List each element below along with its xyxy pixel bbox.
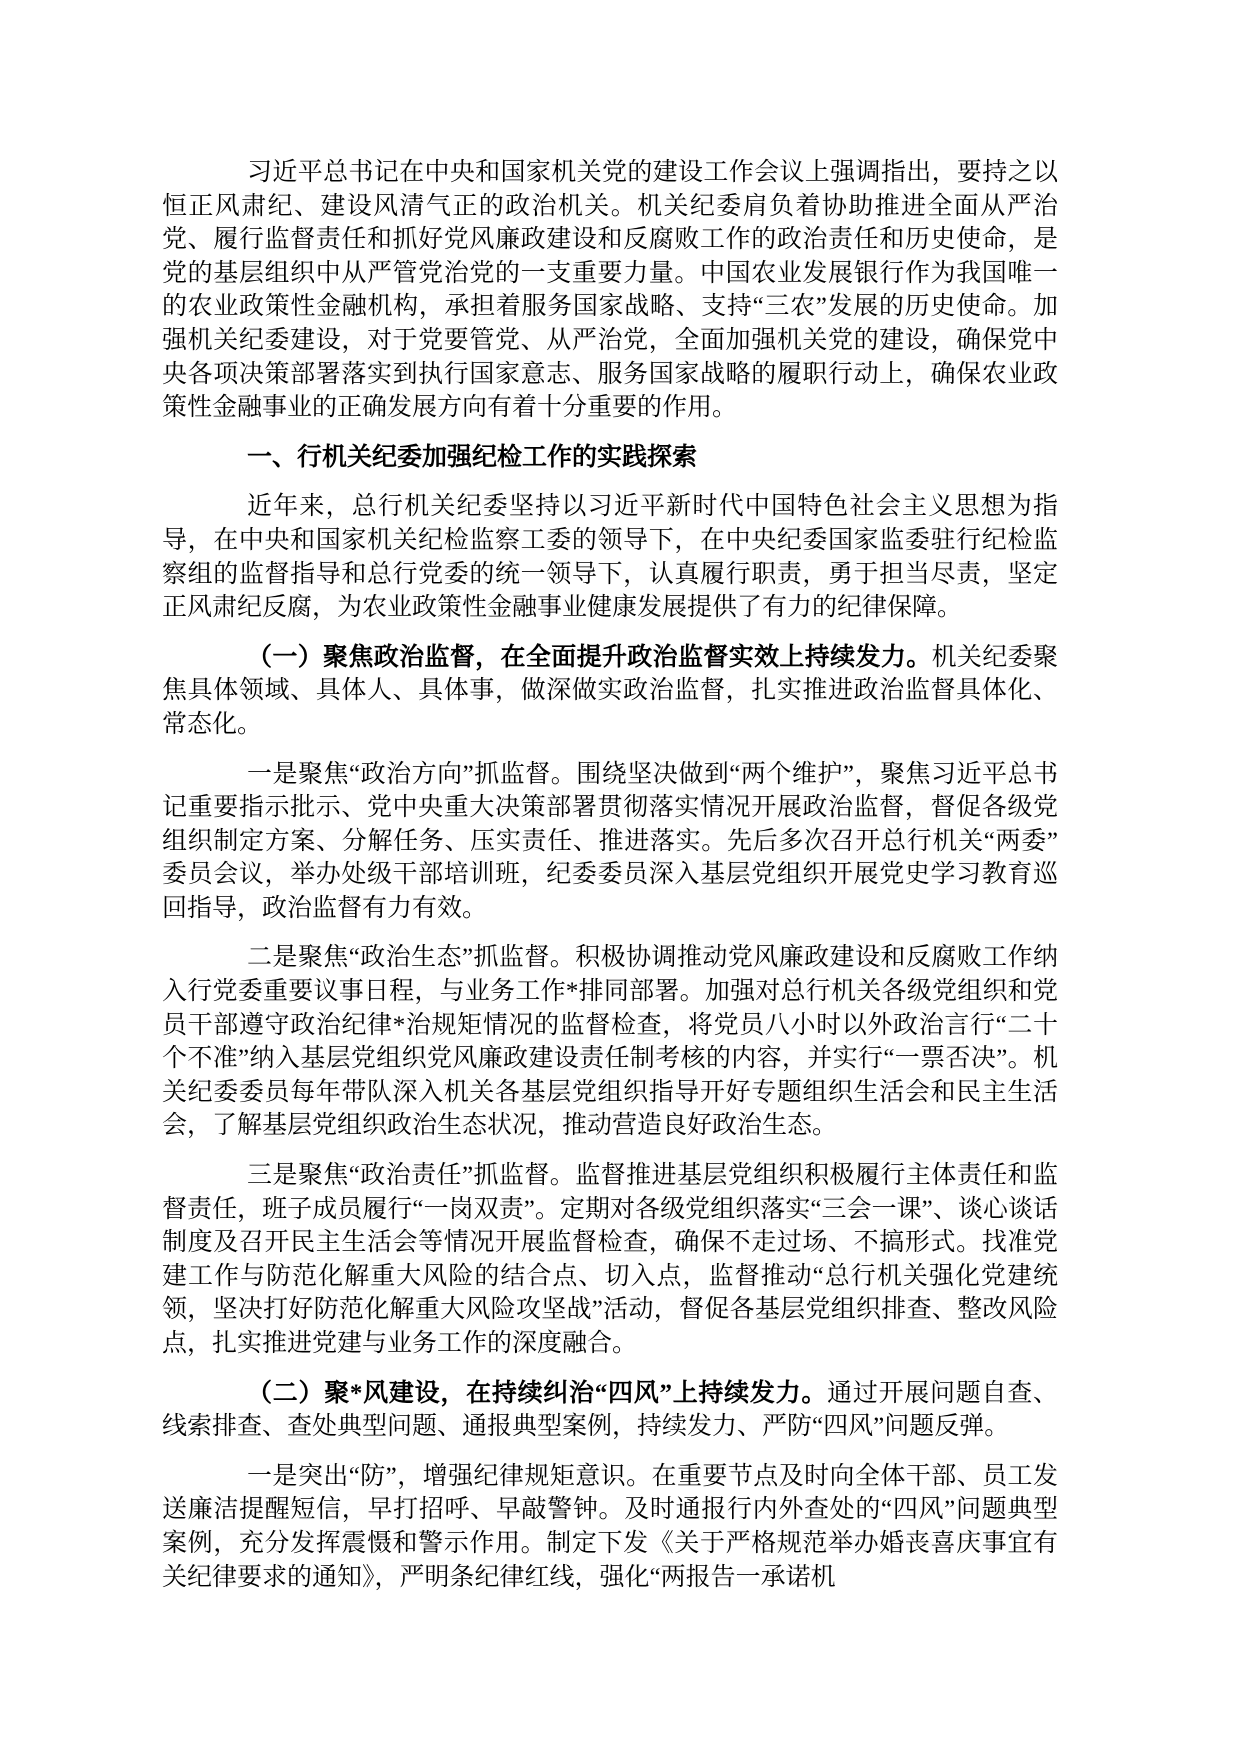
paragraph: （一）聚焦政治监督，在全面提升政治监督实效上持续发力。机关纪委聚焦具体领域、具体… <box>162 641 1058 742</box>
text-run: 三是聚焦“政治责任”抓监督。监督推进基层党组织积极履行主体责任和监督责任，班子成… <box>162 1162 1058 1357</box>
paragraph: 习近平总书记在中央和国家机关党的建设工作会议上强调指出，要持之以恒正风肃纪、建设… <box>162 156 1058 425</box>
text-run: 一是突出“防”，增强纪律规矩意识。在重要节点及时向全体干部、员工发送廉洁提醒短信… <box>162 1463 1058 1591</box>
text-run: 二是聚焦“政治生态”抓监督。积极协调推动党风廉政建设和反腐败工作纳入行党委重要议… <box>162 944 1058 1139</box>
document-page: 习近平总书记在中央和国家机关党的建设工作会议上强调指出，要持之以恒正风肃纪、建设… <box>0 0 1240 1754</box>
text-run: 近年来，总行机关纪委坚持以习近平新时代中国特色社会主义思想为指导，在中央和国家机… <box>162 493 1058 621</box>
section-heading: 一、行机关纪委加强纪检工作的实践探索 <box>162 441 1058 475</box>
paragraph: 近年来，总行机关纪委坚持以习近平新时代中国特色社会主义思想为指导，在中央和国家机… <box>162 490 1058 624</box>
paragraph: 一是突出“防”，增强纪律规矩意识。在重要节点及时向全体干部、员工发送廉洁提醒短信… <box>162 1460 1058 1594</box>
paragraph: 二是聚焦“政治生态”抓监督。积极协调推动党风廉政建设和反腐败工作纳入行党委重要议… <box>162 941 1058 1143</box>
paragraph: （二）聚*风建设，在持续纠治“四风”上持续发力。通过开展问题自查、线索排查、查处… <box>162 1377 1058 1444</box>
text-run: 习近平总书记在中央和国家机关党的建设工作会议上强调指出，要持之以恒正风肃纪、建设… <box>162 159 1058 421</box>
bold-text-run: （二）聚*风建设，在持续纠治“四风”上持续发力。 <box>247 1380 827 1407</box>
paragraph: 一是聚焦“政治方向”抓监督。围绕坚决做到“两个维护”，聚焦习近平总书记重要指示批… <box>162 758 1058 926</box>
text-run: 一是聚焦“政治方向”抓监督。围绕坚决做到“两个维护”，聚焦习近平总书记重要指示批… <box>162 761 1058 922</box>
paragraph: 三是聚焦“政治责任”抓监督。监督推进基层党组织积极履行主体责任和监督责任，班子成… <box>162 1159 1058 1361</box>
bold-text-run: 一、行机关纪委加强纪检工作的实践探索 <box>247 444 697 471</box>
document-body: 习近平总书记在中央和国家机关党的建设工作会议上强调指出，要持之以恒正风肃纪、建设… <box>162 156 1058 1594</box>
bold-text-run: （一）聚焦政治监督，在全面提升政治监督实效上持续发力。 <box>247 644 932 671</box>
